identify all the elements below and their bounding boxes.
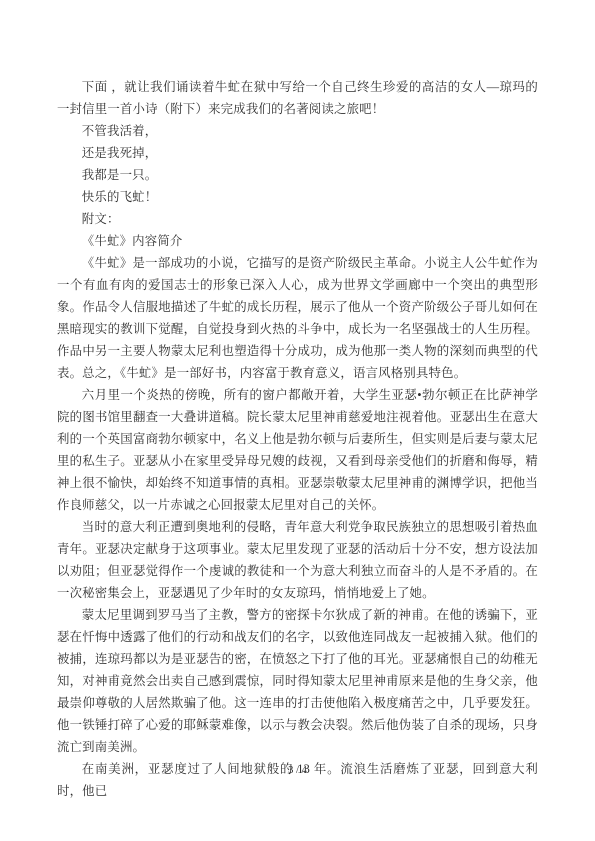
poem-line-1: 不管我活着， <box>57 120 538 142</box>
paragraph-intro: 下面 ，就让我们诵读着牛虻在狱中写给一个自己终生珍爱的高洁的女人—琼玛的一封信里… <box>57 76 538 120</box>
paragraph-story-3: 蒙太尼里调到罗马当了主教，警方的密探卡尔狄成了新的神甫。在他的诱骗下，亚瑟在忏悔… <box>57 604 538 758</box>
poem-line-4: 快乐的飞虻！ <box>57 186 538 208</box>
section-title: 《牛虻》内容简介 <box>57 230 538 252</box>
paragraph-story-2: 当时的意大利正遭到奥地利的侵略，青年意大利党争取民族独立的思想吸引着热血青年。亚… <box>57 516 538 604</box>
attachment-label: 附文： <box>57 208 538 230</box>
page-number: 3 / 4 <box>0 765 595 776</box>
document-body: 下面 ，就让我们诵读着牛虻在狱中写给一个自己终生珍爱的高洁的女人—琼玛的一封信里… <box>57 76 538 802</box>
paragraph-story-1: 六月里一个炎热的傍晚，所有的窗户都敞开着，大学生亚瑟•勃尔顿正在比萨神学院的图书… <box>57 384 538 516</box>
document-page: 下面 ，就让我们诵读着牛虻在狱中写给一个自己终生珍爱的高洁的女人—琼玛的一封信里… <box>0 0 595 841</box>
paragraph-summary: 《牛虻》是一部成功的小说，它描写的是资产阶级民主革命。小说主人公牛虻作为一个有血… <box>57 252 538 384</box>
poem-line-2: 还是我死掉， <box>57 142 538 164</box>
poem-line-3: 我都是一只。 <box>57 164 538 186</box>
